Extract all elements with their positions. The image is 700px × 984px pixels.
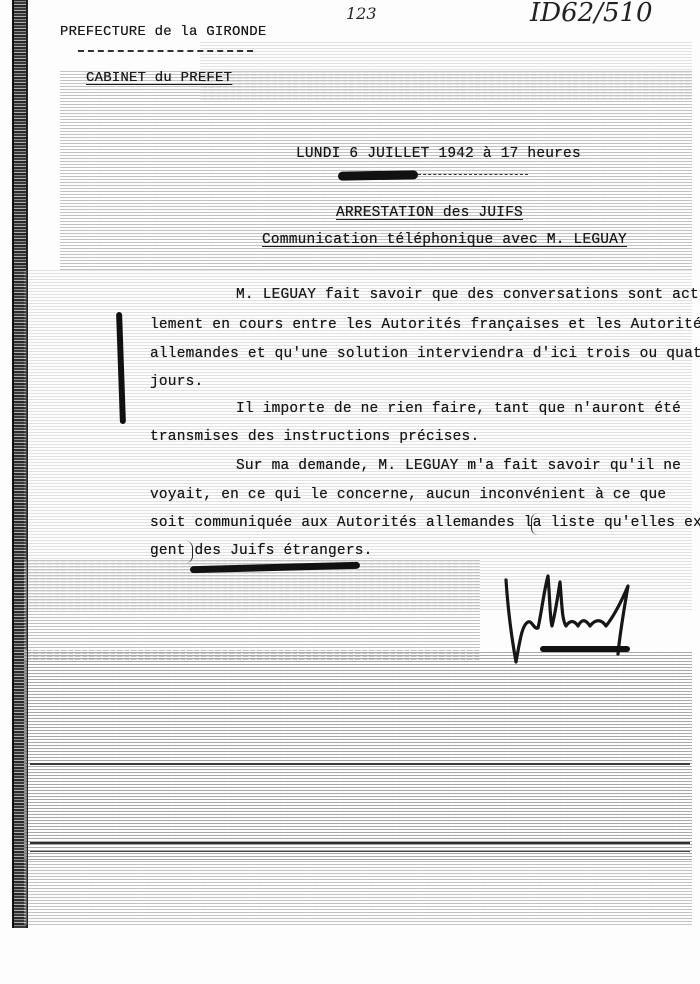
body-line: M. LEGUAY fait savoir que des conversati… [236,287,700,303]
archive-reference: ID62/510 [530,0,653,28]
document-subtitle: Communication téléphonique avec M. LEGUA… [262,232,627,248]
cabinet-heading: CABINET du PREFET [86,70,232,86]
bleed-through-rule [30,842,690,844]
hand-bracket [531,513,538,535]
dateline-rule [418,174,528,175]
body-line: jours. [150,374,203,390]
body-line: soit communiquée aux Autorités allemande… [150,515,700,531]
scanned-document-page: 123 ID62/510 PREFECTURE de la GIRONDE CA… [0,0,700,984]
body-line: gent des Juifs étrangers. [150,543,373,559]
document-title: ARRESTATION des JUIFS [336,205,523,221]
body-line: voyait, en ce qui le concerne, aucun inc… [150,487,666,503]
prefecture-heading: PREFECTURE de la GIRONDE [60,24,266,40]
bleed-through-rule [30,763,690,765]
marker-stroke [338,170,418,180]
body-line: Sur ma demande, M. LEGUAY m'a fait savoi… [236,458,681,474]
signature [498,570,678,670]
dateline: LUNDI 6 JUILLET 1942 à 17 heures [296,146,581,162]
scan-noise [24,650,692,860]
scan-noise [24,560,480,660]
body-line: transmises des instructions précises. [150,429,479,445]
page-number: 123 [346,4,377,23]
body-line: lement en cours entre les Autorités fran… [150,317,700,333]
signature-underline [540,646,630,652]
scan-noise [24,860,692,925]
header-rule [78,50,253,52]
body-line: Il importe de ne rien faire, tant que n'… [236,401,681,417]
hand-bracket [186,541,193,563]
body-line: allemandes et qu'une solution interviend… [150,346,700,362]
bleed-through-rule [30,851,690,852]
